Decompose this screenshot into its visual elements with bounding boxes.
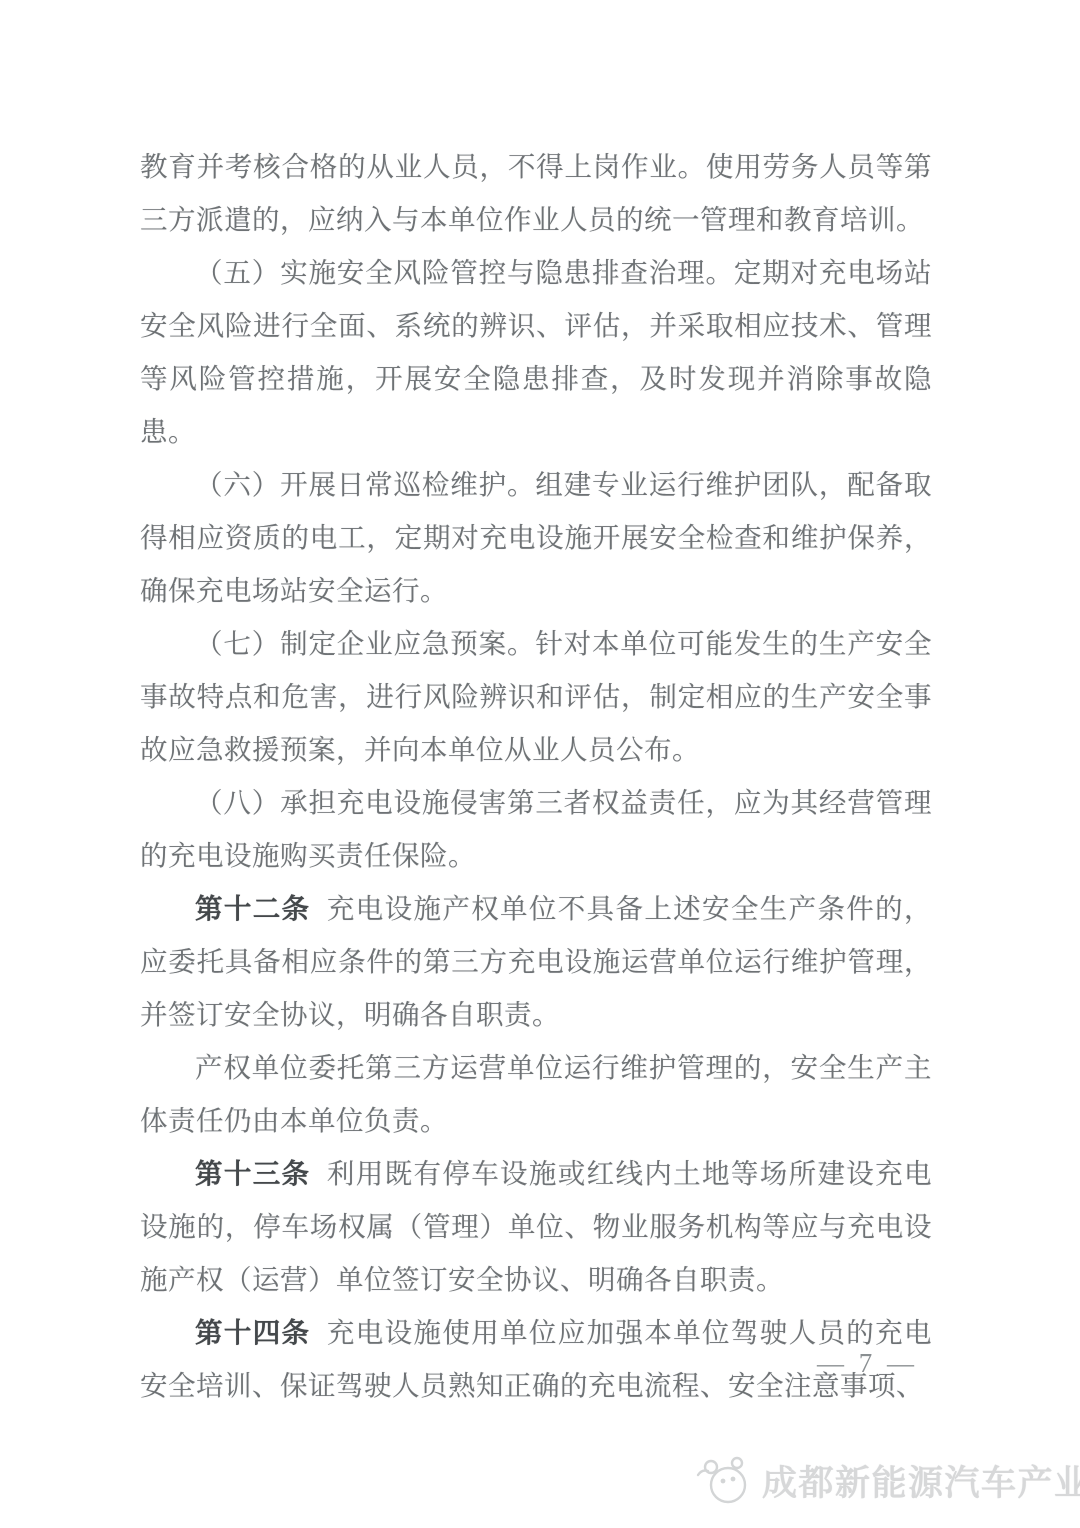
paragraph-4: （七）制定企业应急预案。针对本单位可能发生的生产安全事故特点和危害，进行风险辨识…: [140, 617, 932, 776]
document-body: 教育并考核合格的从业人员，不得上岗作业。使用劳务人员等第三方派遣的，应纳入与本单…: [140, 140, 932, 1412]
article-number-heading: 第十二条: [195, 893, 310, 924]
article-number-heading: 第十四条: [195, 1317, 310, 1348]
footer-watermark: 成都新能源汽车产业联盟: [690, 1455, 1080, 1507]
paragraph-6: 第十二条充电设施产权单位不具备上述安全生产条件的，应委托具备相应条件的第三方充电…: [140, 882, 932, 1041]
paragraph-2: （五）实施安全风险管控与隐患排查治理。定期对充电场站安全风险进行全面、系统的辨识…: [140, 246, 932, 458]
page-number: — 7 —: [817, 1348, 918, 1379]
paragraph-3: （六）开展日常巡检维护。组建专业运行维护团队，配备取得相应资质的电工，定期对充电…: [140, 458, 932, 617]
paragraph-8: 第十三条利用既有停车设施或红线内土地等场所建设充电设施的，停车场权属（管理）单位…: [140, 1147, 932, 1306]
paragraph-text: （六）开展日常巡检维护。组建专业运行维护团队，配备取得相应资质的电工，定期对充电…: [140, 469, 932, 606]
paragraph-text: （五）实施安全风险管控与隐患排查治理。定期对充电场站安全风险进行全面、系统的辨识…: [140, 257, 932, 447]
paragraph-text: （七）制定企业应急预案。针对本单位可能发生的生产安全事故特点和危害，进行风险辨识…: [140, 628, 932, 765]
article-number-heading: 第十三条: [195, 1158, 310, 1189]
paragraph-5: （八）承担充电设施侵害第三者权益责任，应为其经营管理的充电设施购买责任保险。: [140, 776, 932, 882]
paragraph-text: 产权单位委托第三方运营单位运行维护管理的，安全生产主体责任仍由本单位负责。: [140, 1052, 932, 1136]
paragraph-text: 教育并考核合格的从业人员，不得上岗作业。使用劳务人员等第三方派遣的，应纳入与本单…: [140, 151, 932, 235]
paragraph-7: 产权单位委托第三方运营单位运行维护管理的，安全生产主体责任仍由本单位负责。: [140, 1041, 932, 1147]
paragraph-1: 教育并考核合格的从业人员，不得上岗作业。使用劳务人员等第三方派遣的，应纳入与本单…: [140, 140, 932, 246]
document-page: 教育并考核合格的从业人员，不得上岗作业。使用劳务人员等第三方派遣的，应纳入与本单…: [0, 0, 1080, 1528]
panda-face-icon: [690, 1455, 756, 1507]
paragraph-9: 第十四条充电设施使用单位应加强本单位驾驶人员的充电安全培训、保证驾驶人员熟知正确…: [140, 1306, 932, 1412]
watermark-text: 成都新能源汽车产业联盟: [762, 1456, 1080, 1506]
paragraph-text: （八）承担充电设施侵害第三者权益责任，应为其经营管理的充电设施购买责任保险。: [140, 787, 932, 871]
